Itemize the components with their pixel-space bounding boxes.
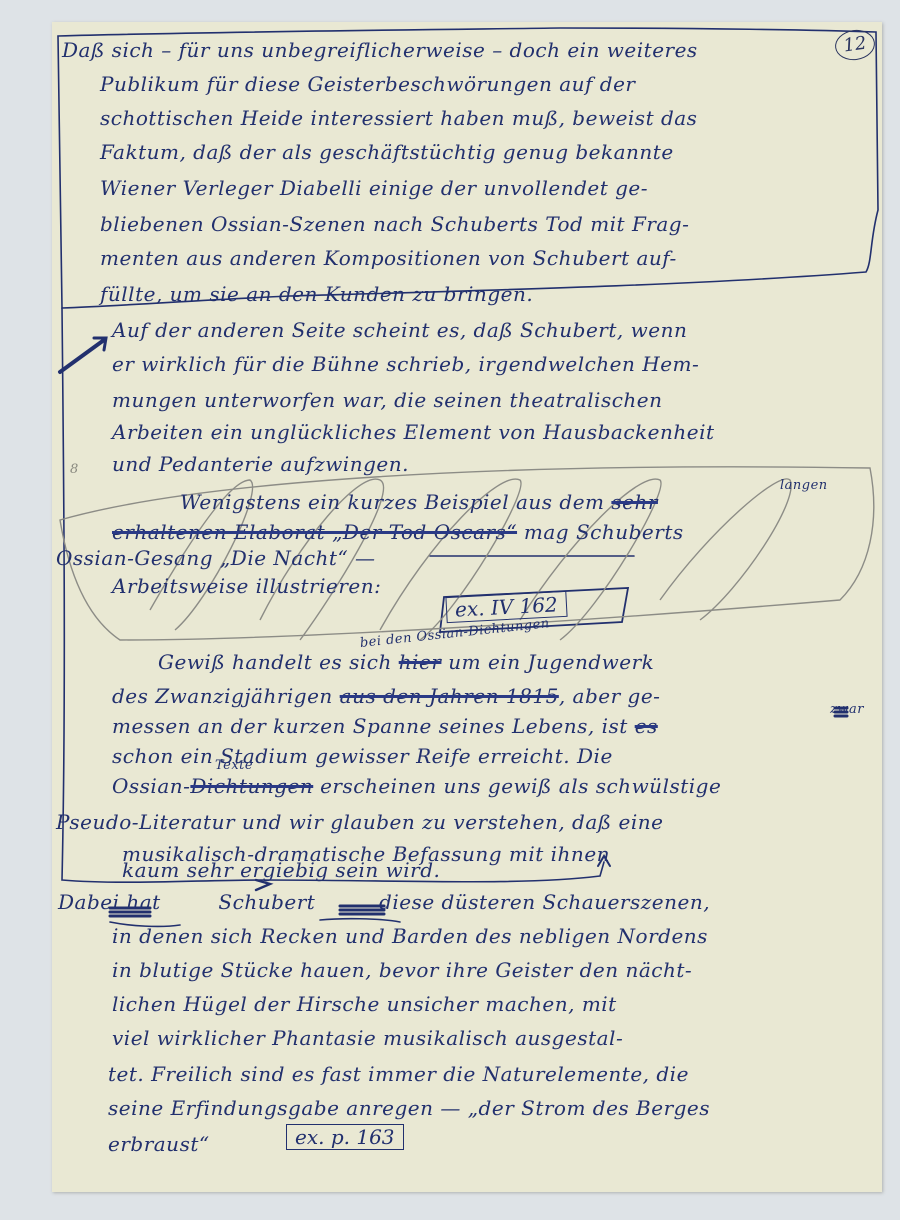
text-line: Publikum für diese Geisterbeschwörungen … bbox=[100, 72, 635, 96]
text-line: in denen sich Recken und Barden des nebl… bbox=[112, 924, 708, 948]
text-segment: , aber ge- bbox=[559, 684, 661, 708]
text-line: und Pedanterie aufzwingen. bbox=[112, 452, 409, 476]
margin-insert: Pseudo- bbox=[56, 810, 139, 834]
text-segment: erscheinen uns gewiß als schwülstige bbox=[320, 774, 721, 798]
text-line: in blutige Stücke hauen, bevor ihre Geis… bbox=[112, 958, 692, 982]
text-segment: Schubert bbox=[218, 890, 315, 914]
text-line: lichen Hügel der Hirsche unsicher machen… bbox=[112, 992, 617, 1016]
text-line: Faktum, daß der als geschäftstüchtig gen… bbox=[100, 140, 674, 164]
text-segment: Gewiß handelt es sich bbox=[158, 650, 392, 674]
text-line: Daß sich – für uns unbegreiflicherweise … bbox=[62, 38, 698, 62]
struck-text: aus den Jahren 1815 bbox=[340, 684, 559, 708]
text-segment: Ossian- bbox=[112, 774, 190, 798]
text-segment: diese düsteren Schauerszenen, bbox=[379, 890, 710, 914]
text-segment: messen an der kurzen Spanne seines Leben… bbox=[112, 714, 628, 738]
text-line: tet. Freilich sind es fast immer die Nat… bbox=[108, 1062, 689, 1086]
struck-text: es bbox=[635, 714, 658, 738]
text-line: Ossian-Gesang „Die Nacht“ — bbox=[56, 546, 376, 570]
insertion-text: zwar bbox=[830, 702, 864, 717]
text-segment: um ein Jugendwerk bbox=[448, 650, 654, 674]
text-line: kaum sehr ergiebig sein wird. bbox=[122, 858, 440, 882]
music-example-reference: ex. p. 163 bbox=[286, 1124, 404, 1150]
text-segment: des Zwanzigjährigen bbox=[112, 684, 333, 708]
text-line: Arbeiten ein unglückliches Element von H… bbox=[112, 420, 715, 444]
margin-pencil-number: 8 bbox=[70, 462, 79, 477]
text-line: Wiener Verleger Diabelli einige der unvo… bbox=[100, 176, 648, 200]
text-line: viel wirklicher Phantasie musikalisch au… bbox=[112, 1026, 623, 1050]
margin-insert: Ossian- bbox=[56, 546, 134, 570]
text-line: Dabei hat Schubert diese düsteren Schaue… bbox=[58, 890, 710, 914]
insertion-text: Texte bbox=[215, 758, 253, 773]
text-line: erbraust“ bbox=[108, 1132, 210, 1156]
struck-text: hier bbox=[399, 650, 442, 674]
text-line: Gewiß handelt es sich hier um ein Jugend… bbox=[158, 650, 654, 674]
text-segment: Dabei hat bbox=[58, 890, 161, 914]
text-segment: Wenigstens ein kurzes Beispiel aus dem bbox=[180, 490, 605, 514]
struck-text: Dichtungen bbox=[190, 774, 313, 798]
insertion-text: langen bbox=[780, 478, 828, 493]
text-line: schottischen Heide interessiert haben mu… bbox=[100, 106, 697, 130]
struck-text: erhaltenen Elaborat „Der Tod Oscars“ bbox=[112, 520, 517, 544]
text-line: mungen unterworfen war, die seinen theat… bbox=[112, 388, 663, 412]
text-line: erhaltenen Elaborat „Der Tod Oscars“ mag… bbox=[112, 520, 684, 544]
text-line: menten aus anderen Kompositionen von Sch… bbox=[100, 246, 677, 270]
text-line: seine Erfindungsgabe anregen — „der Stro… bbox=[108, 1096, 710, 1120]
struck-text: sehr bbox=[611, 490, 658, 514]
text-line: Arbeitsweise illustrieren: bbox=[112, 574, 381, 598]
text-line: füllte, um sie an den Kunden zu bringen. bbox=[100, 282, 533, 306]
text-line: Pseudo-Literatur und wir glauben zu vers… bbox=[56, 810, 663, 834]
text-line: Wenigstens ein kurzes Beispiel aus dem s… bbox=[180, 490, 658, 514]
text-segment: Literatur und wir glauben zu verstehen, … bbox=[139, 810, 663, 834]
text-segment: Gesang „Die Nacht“ — bbox=[134, 546, 375, 570]
text-line: Ossian-Dichtungen erscheinen uns gewiß a… bbox=[112, 774, 721, 798]
text-line: messen an der kurzen Spanne seines Leben… bbox=[112, 714, 658, 738]
text-line: Auf der anderen Seite scheint es, daß Sc… bbox=[112, 318, 687, 342]
text-segment: mag Schuberts bbox=[524, 520, 684, 544]
text-line: des Zwanzigjährigen aus den Jahren 1815,… bbox=[112, 684, 660, 708]
text-line: er wirklich für die Bühne schrieb, irgen… bbox=[112, 352, 699, 376]
text-line: schon ein Stadium gewisser Reife erreich… bbox=[112, 744, 613, 768]
text-line: bliebenen Ossian-Szenen nach Schuberts T… bbox=[100, 212, 689, 236]
